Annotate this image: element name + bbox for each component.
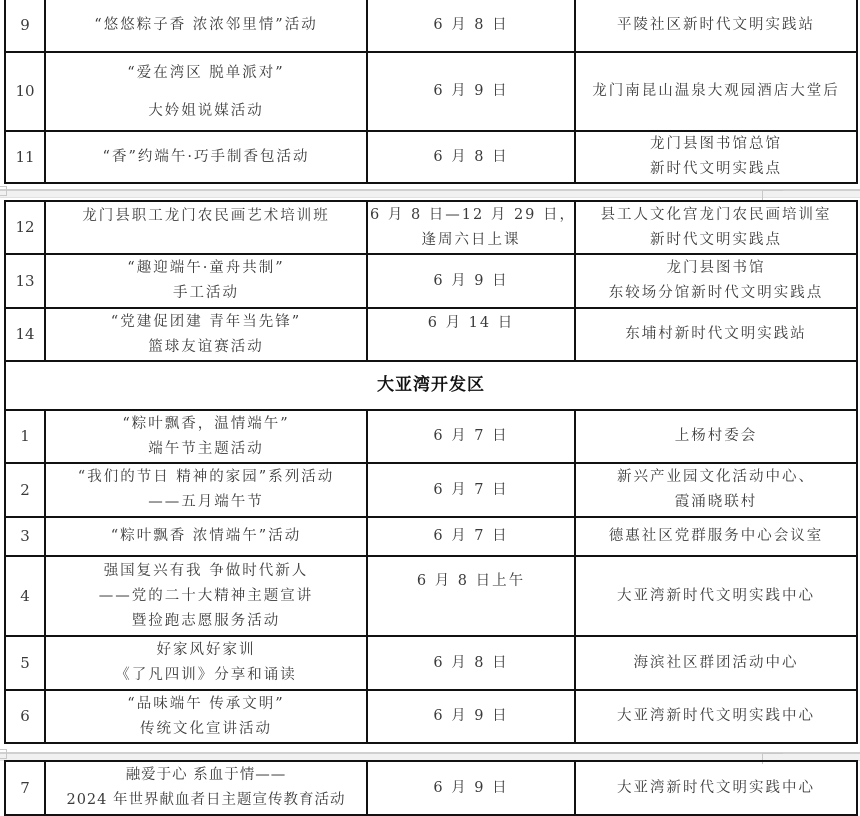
row-number: 9 bbox=[5, 0, 45, 52]
activity-name: “我们的节日 精神的家园”系列活动 ——五月端午节 bbox=[45, 463, 367, 517]
activity-date: 6 月 14 日 bbox=[367, 308, 575, 361]
activity-location: 大亚湾新时代文明实践中心 bbox=[575, 690, 857, 743]
table-row: 12 龙门县职工龙门农民画艺术培训班 6 月 8 日—12 月 29 日， 逢周… bbox=[5, 201, 857, 254]
row-number: 1 bbox=[5, 410, 45, 463]
row-number: 7 bbox=[5, 761, 45, 815]
table-page-3: 7 融爱于心 系血于情—— 2024 年世界献血者日主题宣传教育活动 6 月 9… bbox=[4, 760, 856, 816]
table-row: 3 “粽叶飘香 浓情端午”活动 6 月 7 日 德惠社区党群服务中心会议室 bbox=[5, 517, 857, 556]
activity-location: 德惠社区党群服务中心会议室 bbox=[575, 517, 857, 556]
activity-location: 大亚湾新时代文明实践中心 bbox=[575, 761, 857, 815]
row-number: 6 bbox=[5, 690, 45, 743]
activity-location: 龙门县图书馆总馆 新时代文明实践点 bbox=[575, 131, 857, 183]
activity-name: “粽叶飘香，温情端午” 端午节主题活动 bbox=[45, 410, 367, 463]
row-number: 5 bbox=[5, 636, 45, 690]
activity-date: 6 月 8 日 bbox=[367, 131, 575, 183]
page-corner-mark bbox=[0, 186, 7, 196]
activity-date: 6 月 8 日 bbox=[367, 0, 575, 52]
page-corner-mark bbox=[0, 749, 7, 759]
activity-date: 6 月 7 日 bbox=[367, 517, 575, 556]
activity-location: 大亚湾新时代文明实践中心 bbox=[575, 556, 857, 636]
activity-table: 12 龙门县职工龙门农民画艺术培训班 6 月 8 日—12 月 29 日， 逢周… bbox=[4, 200, 858, 744]
row-number: 12 bbox=[5, 201, 45, 254]
activity-date: 6 月 9 日 bbox=[367, 761, 575, 815]
table-row: 2 “我们的节日 精神的家园”系列活动 ——五月端午节 6 月 7 日 新兴产业… bbox=[5, 463, 857, 517]
activity-name: “爱在湾区 脱单派对” 大妗姐说媒活动 bbox=[45, 52, 367, 131]
row-number: 13 bbox=[5, 254, 45, 308]
row-number: 11 bbox=[5, 131, 45, 183]
row-number: 2 bbox=[5, 463, 45, 517]
table-page-1: 9 “悠悠粽子香 浓浓邻里情”活动 6 月 8 日 平陵社区新时代文明实践站 1… bbox=[4, 0, 856, 184]
row-number: 3 bbox=[5, 517, 45, 556]
activity-location: 东埔村新时代文明实践站 bbox=[575, 308, 857, 361]
activity-location: 县工人文化宫龙门农民画培训室 新时代文明实践点 bbox=[575, 201, 857, 254]
activity-date: 6 月 7 日 bbox=[367, 463, 575, 517]
activity-name: 龙门县职工龙门农民画艺术培训班 bbox=[45, 201, 367, 254]
activity-name: 融爱于心 系血于情—— 2024 年世界献血者日主题宣传教育活动 bbox=[45, 761, 367, 815]
activity-date: 6 月 8 日上午 bbox=[367, 556, 575, 636]
activity-location: 龙门南昆山温泉大观园酒店大堂后 bbox=[575, 52, 857, 131]
activity-location: 上杨村委会 bbox=[575, 410, 857, 463]
table-row: 9 “悠悠粽子香 浓浓邻里情”活动 6 月 8 日 平陵社区新时代文明实践站 bbox=[5, 0, 857, 52]
activity-name: “香”约端午·巧手制香包活动 bbox=[45, 131, 367, 183]
row-number: 4 bbox=[5, 556, 45, 636]
table-row: 6 “品味端午 传承文明” 传统文化宣讲活动 6 月 9 日 大亚湾新时代文明实… bbox=[5, 690, 857, 743]
activity-date: 6 月 7 日 bbox=[367, 410, 575, 463]
activity-table: 9 “悠悠粽子香 浓浓邻里情”活动 6 月 8 日 平陵社区新时代文明实践站 1… bbox=[4, 0, 858, 184]
activity-location: 新兴产业园文化活动中心、 霞涌晓联村 bbox=[575, 463, 857, 517]
table-row: 11 “香”约端午·巧手制香包活动 6 月 8 日 龙门县图书馆总馆 新时代文明… bbox=[5, 131, 857, 183]
activity-table: 7 融爱于心 系血于情—— 2024 年世界献血者日主题宣传教育活动 6 月 9… bbox=[4, 760, 858, 816]
activity-name: “粽叶飘香 浓情端午”活动 bbox=[45, 517, 367, 556]
activity-location: 平陵社区新时代文明实践站 bbox=[575, 0, 857, 52]
table-row: 10 “爱在湾区 脱单派对” 大妗姐说媒活动 6 月 9 日 龙门南昆山温泉大观… bbox=[5, 52, 857, 131]
activity-date: 6 月 8 日—12 月 29 日， 逢周六日上课 bbox=[367, 201, 575, 254]
activity-name: “党建促团建 青年当先锋” 篮球友谊赛活动 bbox=[45, 308, 367, 361]
section-header-row: 大亚湾开发区 bbox=[5, 361, 857, 410]
page-break bbox=[0, 189, 860, 198]
table-row: 13 “趣迎端午·童舟共制” 手工活动 6 月 9 日 龙门县图书馆 东较场分馆… bbox=[5, 254, 857, 308]
row-number: 10 bbox=[5, 52, 45, 131]
table-row: 14 “党建促团建 青年当先锋” 篮球友谊赛活动 6 月 14 日 东埔村新时代… bbox=[5, 308, 857, 361]
table-row: 1 “粽叶飘香，温情端午” 端午节主题活动 6 月 7 日 上杨村委会 bbox=[5, 410, 857, 463]
activity-name: “悠悠粽子香 浓浓邻里情”活动 bbox=[45, 0, 367, 52]
activity-date: 6 月 8 日 bbox=[367, 636, 575, 690]
activity-name: “品味端午 传承文明” 传统文化宣讲活动 bbox=[45, 690, 367, 743]
section-title: 大亚湾开发区 bbox=[5, 361, 857, 410]
table-row: 7 融爱于心 系血于情—— 2024 年世界献血者日主题宣传教育活动 6 月 9… bbox=[5, 761, 857, 815]
activity-location: 龙门县图书馆 东较场分馆新时代文明实践点 bbox=[575, 254, 857, 308]
activity-name: 好家风好家训 《了凡四训》分享和诵读 bbox=[45, 636, 367, 690]
activity-date: 6 月 9 日 bbox=[367, 690, 575, 743]
table-page-2: 12 龙门县职工龙门农民画艺术培训班 6 月 8 日—12 月 29 日， 逢周… bbox=[4, 200, 856, 744]
activity-date: 6 月 9 日 bbox=[367, 52, 575, 131]
activity-name: 强国复兴有我 争做时代新人 ——党的二十大精神主题宣讲 暨捡跑志愿服务活动 bbox=[45, 556, 367, 636]
activity-date: 6 月 9 日 bbox=[367, 254, 575, 308]
table-row: 5 好家风好家训 《了凡四训》分享和诵读 6 月 8 日 海滨社区群团活动中心 bbox=[5, 636, 857, 690]
activity-name: “趣迎端午·童舟共制” 手工活动 bbox=[45, 254, 367, 308]
row-number: 14 bbox=[5, 308, 45, 361]
activity-location: 海滨社区群团活动中心 bbox=[575, 636, 857, 690]
table-row: 4 强国复兴有我 争做时代新人 ——党的二十大精神主题宣讲 暨捡跑志愿服务活动 … bbox=[5, 556, 857, 636]
